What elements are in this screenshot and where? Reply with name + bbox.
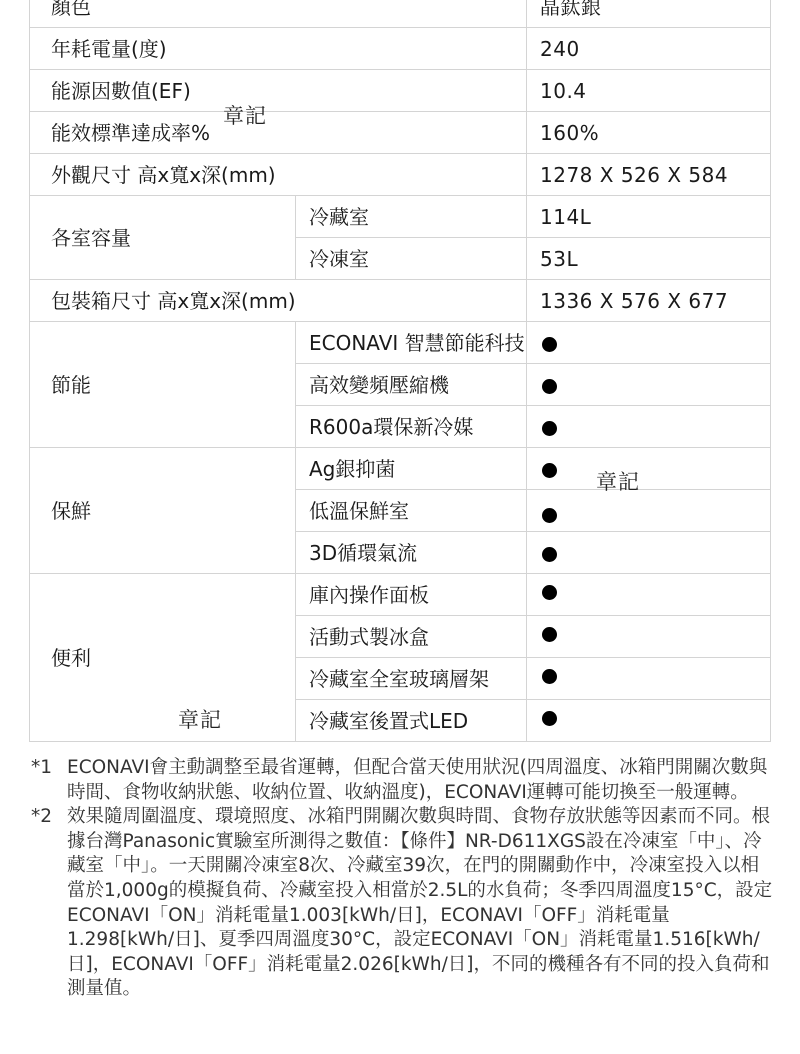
table-row-feature: 節能 ECONAVI 智慧節能科技 xyxy=(30,322,771,364)
feature-mark xyxy=(527,574,771,616)
footnote-1: *1 ECONAVI會主動調整至最省運轉，但配合當天使用狀況(四周溫度、冰箱門開… xyxy=(31,756,776,805)
feature-mark xyxy=(527,364,771,406)
footnote-text: ECONAVI會主動調整至最省運轉，但配合當天使用狀況(四周溫度、冰箱門開關次數… xyxy=(67,756,776,805)
table-row-dimensions: 外觀尺寸 高x寬x深(mm) 1278 X 526 X 584 xyxy=(30,154,771,196)
feature-label: 庫內操作面板 xyxy=(296,574,527,616)
feature-label: 活動式製冰盒 xyxy=(296,616,527,658)
sub-label: 冷藏室 xyxy=(296,196,527,238)
stamp-watermark-clip: 章記 xyxy=(170,700,250,729)
feature-mark xyxy=(527,532,771,574)
row-value: 10.4 xyxy=(527,70,771,112)
feature-label: 冷藏室後置式LED xyxy=(296,700,527,742)
table-row-feature: 便利 庫內操作面板 xyxy=(30,574,771,616)
row-value: 晶鈦銀 xyxy=(527,0,771,28)
feature-label: 低溫保鮮室 xyxy=(296,490,527,532)
row-value: 53L xyxy=(527,238,771,280)
feature-group-label: 節能 xyxy=(30,322,296,448)
table-row-package-dimensions: 包裝箱尺寸 高x寬x深(mm) 1336 X 576 X 677 xyxy=(30,280,771,322)
row-label: 顏色 xyxy=(30,0,527,28)
bullet-icon xyxy=(542,421,557,436)
row-label: 包裝箱尺寸 高x寬x深(mm) xyxy=(30,280,527,322)
row-value: 114L xyxy=(527,196,771,238)
spec-table-container: 顏色 晶鈦銀 年耗電量(度) 240 能源因數值(EF) 10.4 能效標準達成… xyxy=(29,0,770,742)
row-label: 能效標準達成率% xyxy=(30,112,527,154)
table-row-feature: 保鮮 Ag銀抑菌 xyxy=(30,448,771,490)
bullet-icon xyxy=(542,711,557,726)
capacity-group-label: 各室容量 xyxy=(30,196,296,280)
feature-label: 高效變頻壓縮機 xyxy=(296,364,527,406)
footnote-2: *2 效果隨周圍溫度、環境照度、冰箱門開關次數與時間、食物存放狀態等因素而不同。… xyxy=(31,805,776,1002)
bullet-icon xyxy=(542,627,557,642)
feature-mark xyxy=(527,658,771,700)
row-label: 能源因數值(EF) xyxy=(30,70,527,112)
bullet-icon xyxy=(542,585,557,600)
row-value: 1278 X 526 X 584 xyxy=(527,154,771,196)
feature-label: 冷藏室全室玻璃層架 xyxy=(296,658,527,700)
feature-label: 3D循環氣流 xyxy=(296,532,527,574)
feature-mark xyxy=(527,322,771,364)
table-row-energy-factor: 能源因數值(EF) 10.4 xyxy=(30,70,771,112)
feature-label: Ag銀抑菌 xyxy=(296,448,527,490)
bullet-icon xyxy=(542,379,557,394)
feature-group-label: 便利 xyxy=(30,574,296,742)
bullet-icon xyxy=(542,337,557,352)
footnotes: *1 ECONAVI會主動調整至最省運轉，但配合當天使用狀況(四周溫度、冰箱門開… xyxy=(31,756,776,1002)
table-row-annual-power: 年耗電量(度) 240 xyxy=(30,28,771,70)
table-row-color: 顏色 晶鈦銀 xyxy=(30,0,771,28)
bullet-icon xyxy=(542,547,557,562)
feature-mark xyxy=(527,448,771,490)
sub-label: 冷凍室 xyxy=(296,238,527,280)
feature-mark xyxy=(527,616,771,658)
bullet-icon xyxy=(542,463,557,478)
feature-mark xyxy=(527,700,771,742)
bullet-icon xyxy=(542,508,557,523)
table-row-capacity-fridge: 各室容量 冷藏室 114L xyxy=(30,196,771,238)
row-value: 240 xyxy=(527,28,771,70)
footnote-text: 效果隨周圍溫度、環境照度、冰箱門開關次數與時間、食物存放狀態等因素而不同。根據台… xyxy=(67,805,776,1002)
feature-group-label: 保鮮 xyxy=(30,448,296,574)
row-value: 1336 X 576 X 677 xyxy=(527,280,771,322)
table-row-efficiency-rate: 能效標準達成率% 160% xyxy=(30,112,771,154)
row-label: 年耗電量(度) xyxy=(30,28,527,70)
row-label: 外觀尺寸 高x寬x深(mm) xyxy=(30,154,527,196)
bullet-icon xyxy=(542,669,557,684)
feature-label: R600a環保新冷媒 xyxy=(296,406,527,448)
row-value: 160% xyxy=(527,112,771,154)
spec-table: 顏色 晶鈦銀 年耗電量(度) 240 能源因數值(EF) 10.4 能效標準達成… xyxy=(29,0,771,742)
feature-mark xyxy=(527,490,771,532)
stamp-watermark: 章記 xyxy=(178,704,222,729)
feature-mark xyxy=(527,406,771,448)
footnote-marker: *2 xyxy=(31,805,67,1002)
footnote-marker: *1 xyxy=(31,756,67,805)
feature-label: ECONAVI 智慧節能科技 xyxy=(296,322,527,364)
